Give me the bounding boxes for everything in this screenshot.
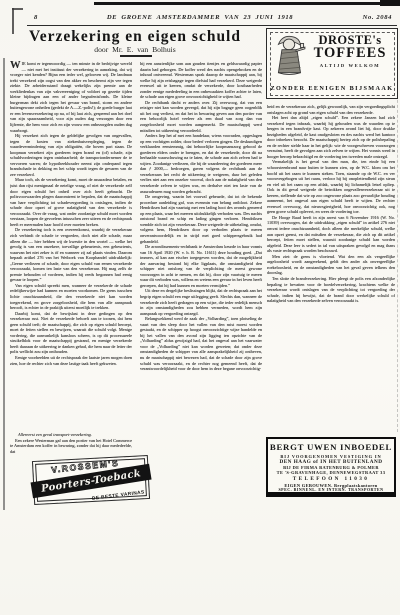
body-paragraph: Uit deze en dergelijke beslissingen blij… [140, 288, 262, 316]
droste-product: TOFFEES [307, 46, 393, 60]
rossem-tobacco-ad: V.ROSSEM'S Poorters-Toeback DE BESTE VAR… [32, 455, 150, 505]
body-column-1: WIE komt er tegenwoordig — ten minste in… [10, 61, 132, 429]
droste-tagline-1: ALTIJD WELKOM [307, 63, 393, 68]
batenburg-line-8: SPEC. BINNENL. EN INTERN. TRANSPORTEN [268, 488, 394, 493]
body-paragraph: Vermakelijk is het geval van den man, di… [267, 159, 395, 214]
article-title: Verzekering en eigen schuld [8, 28, 262, 46]
batenburg-line-5: TE 'S-GRAVENHAGE, DENNEWEGSTRAAT 33 [268, 470, 394, 475]
body-paragraph: Maar toch, als de verzekering komt, moet… [10, 177, 132, 227]
body-column-2: hij een aanzienlijke som aan gouden tien… [140, 61, 262, 506]
body-paragraph: heid en de verzekeraar zich, gelijk gewo… [267, 104, 395, 115]
body-paragraph: Het heet dan altijd „eigen schuld”. Een … [267, 115, 395, 159]
body-paragraph: Belangwekkend werd de zaak der „Volhardi… [140, 316, 262, 371]
body-paragraph: Hij verzekert zich tegen de geldelijke g… [10, 133, 132, 177]
body-column-1-tail: Allereerst een geval transport-verzekeri… [10, 432, 132, 458]
body-paragraph: De rechtbank dacht er anders over. Zij o… [140, 100, 262, 133]
byline-rule [120, 55, 152, 57]
batenburg-telephone: TELEFOON 11030 [268, 476, 394, 482]
scan-edge-left [3, 58, 5, 510]
masthead: DE GROENE AMSTERDAMMER VAN 23 JUNI 1918 [0, 14, 400, 21]
scan-edge-top [94, 2, 400, 5]
body-paragraph: De verzekering toch is een overeenkomst,… [10, 227, 132, 282]
body-paragraph: hij een aanzienlijke som aan gouden tien… [140, 61, 262, 100]
droste-toffees-ad: DROSTE's TOFFEES ALTIJD WELKOM ZONDER EE… [266, 28, 398, 99]
article-byline: door Mr. E. van Bolhuis [8, 45, 262, 54]
newspaper-page: 8 DE GROENE AMSTERDAMMER VAN 23 JUNI 191… [0, 0, 400, 615]
droste-nurse-illustration [271, 32, 307, 78]
body-paragraph: De omgeving, waarin het voorval gebeurde… [140, 194, 262, 244]
body-paragraph: Een zekere Westerman gaf aan den portier… [10, 438, 132, 455]
page-frame-corner-horizontal [12, 8, 23, 10]
drop-cap: W [10, 61, 22, 70]
body-paragraph: Van eigen schuld spreekt men, wanneer de… [10, 283, 132, 311]
body-paragraph: De arrondissements-rechtbank te Amsterda… [140, 244, 262, 288]
lead-paragraph: WIE komt er tegenwoordig — ten minste in… [10, 61, 132, 133]
body-paragraph: Daarbij komt, dat de bewijslast in deze … [10, 311, 132, 355]
rossem-tagline: DE BESTE VARINAS [92, 490, 145, 501]
body-column-3: heid en de verzekeraar zich, gelijk gewo… [267, 104, 395, 432]
droste-tagline-2: ZONDER EENIGEN BIJSMAAK [267, 85, 397, 92]
body-paragraph: Eenige voorbeelden uit de rechtspraak de… [10, 355, 132, 366]
header-rule [27, 25, 397, 27]
batenburg-moving-ad: BERGT UWEN INBOEDEL BIJ VOORGENOMEN VEST… [266, 437, 396, 497]
lead-text: IE komt er tegenwoordig — ten minste in … [10, 61, 132, 133]
body-paragraph: Men ziet: de grens is vloeiend. Wat den … [267, 254, 395, 276]
issue-number: No. 2084 [363, 14, 392, 21]
body-paragraph: De Hooge Raad heeft in zijn arrest van 6… [267, 215, 395, 254]
body-paragraph: Anders liep het af met een handelaar, wi… [140, 133, 262, 194]
batenburg-headline: BERGT UWEN INBOEDEL [268, 443, 394, 452]
body-paragraph: Ten slotte de brandverzekering. Hier ple… [267, 276, 395, 304]
scan-edge-top-right [380, 0, 400, 6]
